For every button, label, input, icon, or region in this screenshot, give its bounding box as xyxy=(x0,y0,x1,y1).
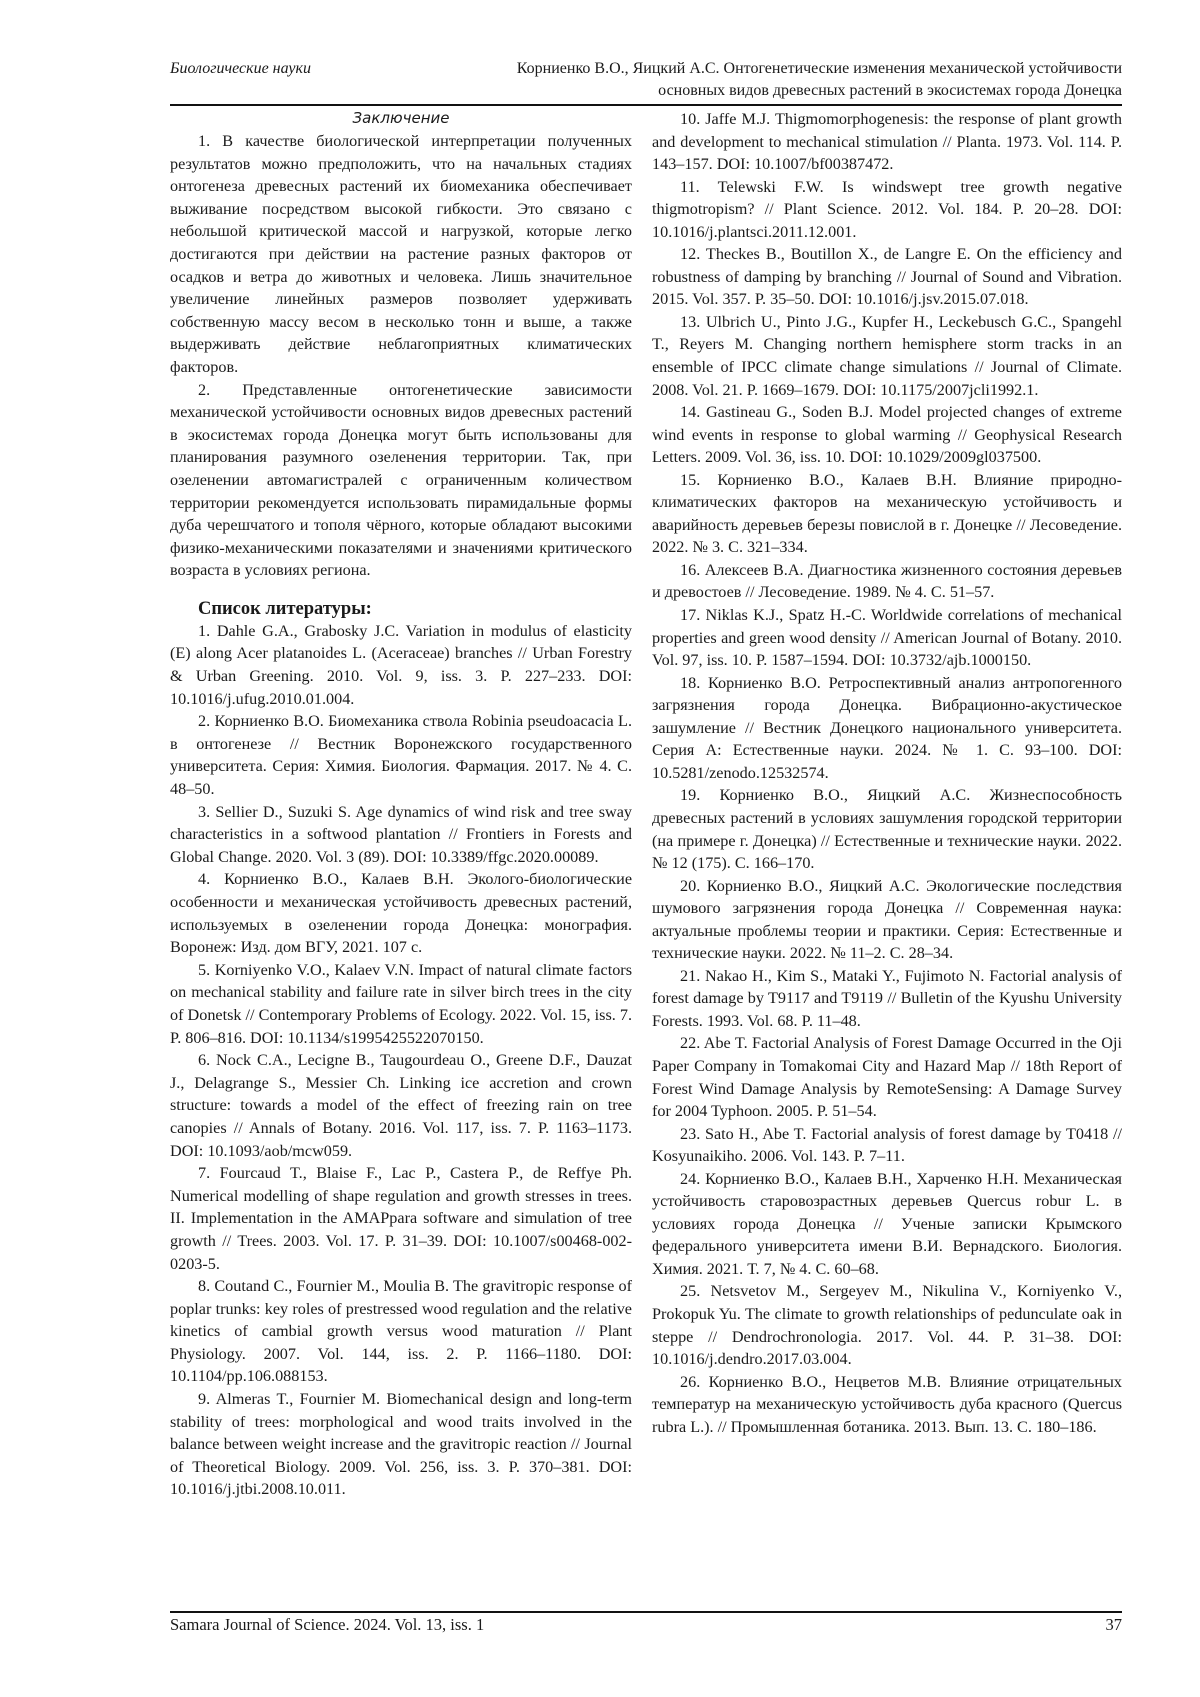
reference-item: 5. Korniyenko V.O., Kalaev V.N. Impact o… xyxy=(170,959,632,1049)
reference-item: 4. Корниенко В.О., Калаев В.Н. Эколого-б… xyxy=(170,868,632,958)
header-title: Корниенко В.О., Яицкий А.С. Онтогенетиче… xyxy=(402,58,1122,102)
reference-item: 24. Корниенко В.О., Калаев В.Н., Харченк… xyxy=(652,1168,1122,1281)
conclusion-paragraph: 1. В качестве биологической интерпретаци… xyxy=(170,130,632,379)
reference-item: 25. Netsvetov M., Sergeyev M., Nikulina … xyxy=(652,1280,1122,1370)
journal-citation: Samara Journal of Science. 2024. Vol. 13… xyxy=(170,1615,484,1635)
header-title-line2: основных видов древесных растений в экос… xyxy=(402,80,1122,102)
reference-item: 7. Fourcaud T., Blaise F., Lac P., Caste… xyxy=(170,1162,632,1275)
reference-item: 1. Dahle G.A., Grabosky J.C. Variation i… xyxy=(170,620,632,710)
conclusion-paragraph: 2. Представленные онтогенетические завис… xyxy=(170,379,632,582)
reference-item: 10. Jaffe M.J. Thigmomorphogenesis: the … xyxy=(652,108,1122,176)
references-title: Список литературы: xyxy=(198,598,632,620)
reference-item: 20. Корниенко В.О., Яицкий А.С. Экологич… xyxy=(652,875,1122,965)
reference-item: 14. Gastineau G., Soden B.J. Model proje… xyxy=(652,401,1122,469)
running-header: Биологические науки Корниенко В.О., Яицк… xyxy=(170,58,1122,106)
right-column: 10. Jaffe M.J. Thigmomorphogenesis: the … xyxy=(652,108,1122,1438)
conclusion-title: Заключение xyxy=(170,108,632,128)
reference-item: 11. Telewski F.W. Is windswept tree grow… xyxy=(652,176,1122,244)
reference-item: 18. Корниенко В.О. Ретроспективный анали… xyxy=(652,672,1122,785)
header-section: Биологические науки xyxy=(170,58,370,80)
left-column: Заключение 1. В качестве биологической и… xyxy=(170,108,632,1501)
reference-item: 21. Nakao H., Kim S., Mataki Y., Fujimot… xyxy=(652,965,1122,1033)
page: Биологические науки Корниенко В.О., Яицк… xyxy=(170,58,1122,106)
reference-item: 16. Алексеев В.А. Диагностика жизненного… xyxy=(652,559,1122,604)
reference-item: 15. Корниенко В.О., Калаев В.Н. Влияние … xyxy=(652,469,1122,559)
reference-item: 13. Ulbrich U., Pinto J.G., Kupfer H., L… xyxy=(652,311,1122,401)
reference-item: 6. Nock C.A., Lecigne B., Taugourdeau O.… xyxy=(170,1049,632,1162)
running-footer: Samara Journal of Science. 2024. Vol. 13… xyxy=(170,1611,1122,1643)
reference-item: 23. Sato H., Abe T. Factorial analysis o… xyxy=(652,1123,1122,1168)
reference-item: 8. Coutand C., Fournier M., Moulia B. Th… xyxy=(170,1275,632,1388)
reference-item: 9. Almeras T., Fournier M. Biomechanical… xyxy=(170,1388,632,1501)
reference-item: 2. Корниенко В.О. Биомеханика ствола Rob… xyxy=(170,710,632,800)
reference-item: 17. Niklas K.J., Spatz H.-C. Worldwide c… xyxy=(652,604,1122,672)
reference-item: 12. Theckes B., Boutillon X., de Langre … xyxy=(652,243,1122,311)
reference-item: 19. Корниенко В.О., Яицкий А.С. Жизнеспо… xyxy=(652,784,1122,874)
page-number: 37 xyxy=(1106,1615,1123,1635)
reference-item: 26. Корниенко В.О., Нецветов М.В. Влияни… xyxy=(652,1371,1122,1439)
reference-item: 22. Abe T. Factorial Analysis of Forest … xyxy=(652,1032,1122,1122)
reference-item: 3. Sellier D., Suzuki S. Age dynamics of… xyxy=(170,801,632,869)
header-title-line1: Корниенко В.О., Яицкий А.С. Онтогенетиче… xyxy=(402,58,1122,80)
